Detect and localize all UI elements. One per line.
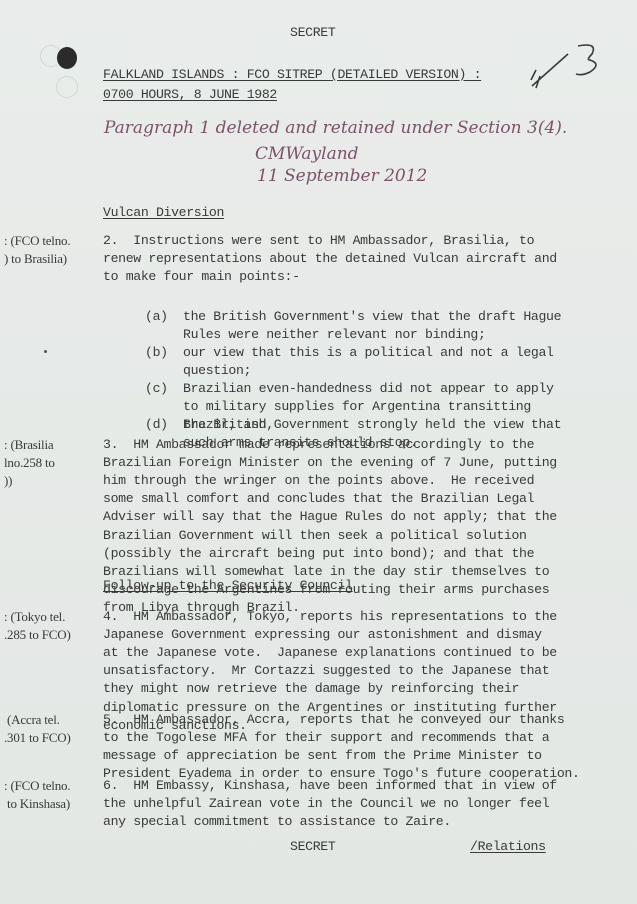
point-line: Brazilian even-handedness did not appear… <box>183 380 554 398</box>
handwritten-note: Paragraph 1 deleted and retained under S… <box>104 118 567 138</box>
paragraph-line: renew representations about the detained… <box>103 250 557 268</box>
paragraph-line: Adviser will say that the Hague Rules do… <box>103 508 557 526</box>
speck <box>44 350 47 353</box>
section-heading: Vulcan Diversion <box>103 204 224 222</box>
paragraph-line: him through the wringer on the points ab… <box>103 472 534 490</box>
paragraph-line: Brazilian Government will then seek a po… <box>103 527 527 545</box>
paragraph-line: 3. HM Ambassador made representations ac… <box>103 436 534 454</box>
punch-hole-ghost <box>56 76 78 98</box>
point-line: Rules were neither relevant nor binding; <box>183 326 486 344</box>
header-classification: SECRET <box>290 24 335 42</box>
document-title-line1: FALKLAND ISLANDS : FCO SITREP (DETAILED … <box>103 66 481 84</box>
paragraph-line: 6. HM Embassy, Kinshasa, have been infor… <box>103 777 557 795</box>
paragraph-line: Japanese Government expressing our aston… <box>103 626 542 644</box>
handwritten-date: 11 September 2012 <box>257 166 427 186</box>
paragraph-line: 5. HM Ambassador, Accra, reports that he… <box>103 711 564 729</box>
margin-reference: : (Tokyo tel. .285 to FCO) <box>4 608 71 644</box>
paragraph-line: message of appreciation be sent from the… <box>103 747 542 765</box>
paragraph-line: (possibly the aircraft being put into bo… <box>103 545 534 563</box>
paragraph-line: at the Japanese vote. Japanese explanati… <box>103 644 557 662</box>
punch-hole <box>57 47 77 69</box>
margin-reference: : (Brasilia lno.258 to )) <box>4 436 55 490</box>
paragraph-line: 2. Instructions were sent to HM Ambassad… <box>103 232 534 250</box>
point-label: (a) <box>145 308 168 326</box>
point-line: to military supplies for Argentina trans… <box>183 398 531 416</box>
point-line: question; <box>183 362 251 380</box>
paragraph-line: to make four main points:- <box>103 268 300 286</box>
continuation-marker: /Relations <box>470 838 546 856</box>
footer-classification: SECRET <box>290 838 335 856</box>
margin-reference: : (FCO telno. to Kinshasa) <box>4 777 70 813</box>
paragraph-line: 4. HM Ambassador, Tokyo, reports his rep… <box>103 608 557 626</box>
paragraph-line: they might now retrieve the damage by re… <box>103 680 519 698</box>
section-heading: Follow-up to the Security Council <box>103 577 353 595</box>
paragraph-line: unsatisfactory. Mr Cortazzi suggested to… <box>103 662 549 680</box>
document-title-line2: 0700 HOURS, 8 JUNE 1982 <box>103 86 277 104</box>
point-line: the British Government's view that the d… <box>183 308 561 326</box>
point-label: (b) <box>145 344 168 362</box>
point-label: (d) <box>145 416 168 434</box>
paragraph-line: Brazilian Foreign Minister on the evenin… <box>103 454 557 472</box>
paragraph-line: the unhelpful Zairean vote in the Counci… <box>103 795 549 813</box>
point-label: (c) <box>145 380 168 398</box>
handwritten-signature: CMWayland <box>255 144 359 164</box>
point-line: our view that this is a political and no… <box>183 344 554 362</box>
document-page: SECRET FALKLAND ISLANDS : FCO SITREP (DE… <box>0 0 637 904</box>
tick-mark-icon <box>528 40 608 90</box>
paragraph-line: some small comfort and concludes that th… <box>103 490 534 508</box>
point-line: the British Government strongly held the… <box>183 416 561 434</box>
paragraph-line: any special commitment to assistance to … <box>103 813 451 831</box>
margin-reference: (Accra tel. .301 to FCO) <box>4 711 71 747</box>
margin-reference: : (FCO telno. ) to Brasilia) <box>4 232 70 268</box>
paragraph-line: to the Togolese MFA for their support an… <box>103 729 549 747</box>
